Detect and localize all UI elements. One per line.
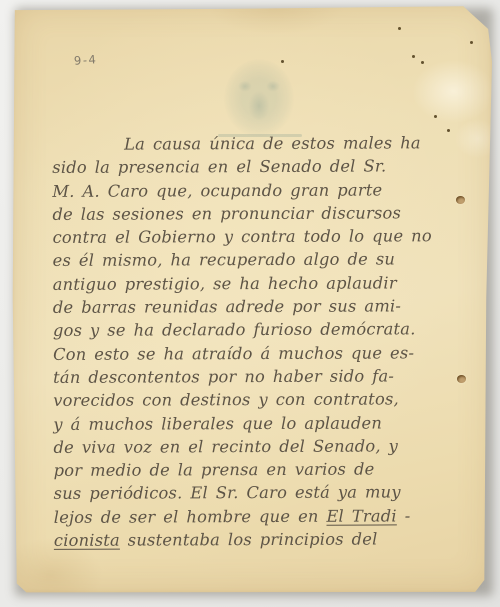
manuscript-line: sido la presencia en el Senado del Sr.: [52, 154, 472, 179]
manuscript-line: vorecidos con destinos y con contratos,: [53, 387, 473, 412]
manuscript-page: 9-4 La causa única de estos males hasido…: [12, 3, 492, 593]
manuscript-line: es él mismo, ha recuperado algo de su: [53, 248, 473, 273]
paper-speck: [281, 60, 284, 63]
manuscript-line: antiguo prestigio, se ha hecho aplaudir: [53, 271, 473, 296]
manuscript-line: tán descontentos por no haber sido fa-: [53, 364, 473, 389]
manuscript-line: sus periódicos. El Sr. Caro está ya muy: [54, 481, 474, 506]
manuscript-line: M. A. Caro que, ocupando gran parte: [52, 178, 472, 203]
photo-background: 9-4 La causa única de estos males hasido…: [0, 0, 500, 607]
manuscript-line: cionista sustentaba los principios del: [54, 527, 474, 552]
manuscript-line: contra el Gobierno y contra todo lo que …: [52, 224, 472, 249]
embossed-seal-icon: [224, 59, 294, 137]
manuscript-line: de barras reunidas adrede por sus ami-: [53, 294, 473, 319]
paper-speck: [421, 61, 424, 64]
manuscript-line: lejos de ser el hombre que en El Tradi -: [54, 504, 474, 529]
paper-speck: [398, 27, 401, 30]
paper-speck: [434, 115, 437, 118]
manuscript-line: por medio de la prensa en varios de: [54, 457, 474, 482]
manuscript-line: gos y se ha declarado furioso demócrata.: [53, 317, 473, 342]
pencil-notation: 9-4: [74, 52, 98, 68]
manuscript-line: La causa única de estos males ha: [52, 131, 472, 156]
paper-speck: [412, 55, 415, 58]
manuscript-text: La causa única de estos males hasido la …: [52, 131, 474, 552]
manuscript-line: Con esto se ha atraído á muchos que es-: [53, 341, 473, 366]
manuscript-line: de viva voz en el recinto del Senado, y: [53, 434, 473, 459]
manuscript-line: de las sesiones en pronunciar discursos: [52, 201, 472, 226]
manuscript-line: y á muchos liberales que lo aplauden: [53, 411, 473, 436]
paper-speck: [470, 41, 473, 44]
